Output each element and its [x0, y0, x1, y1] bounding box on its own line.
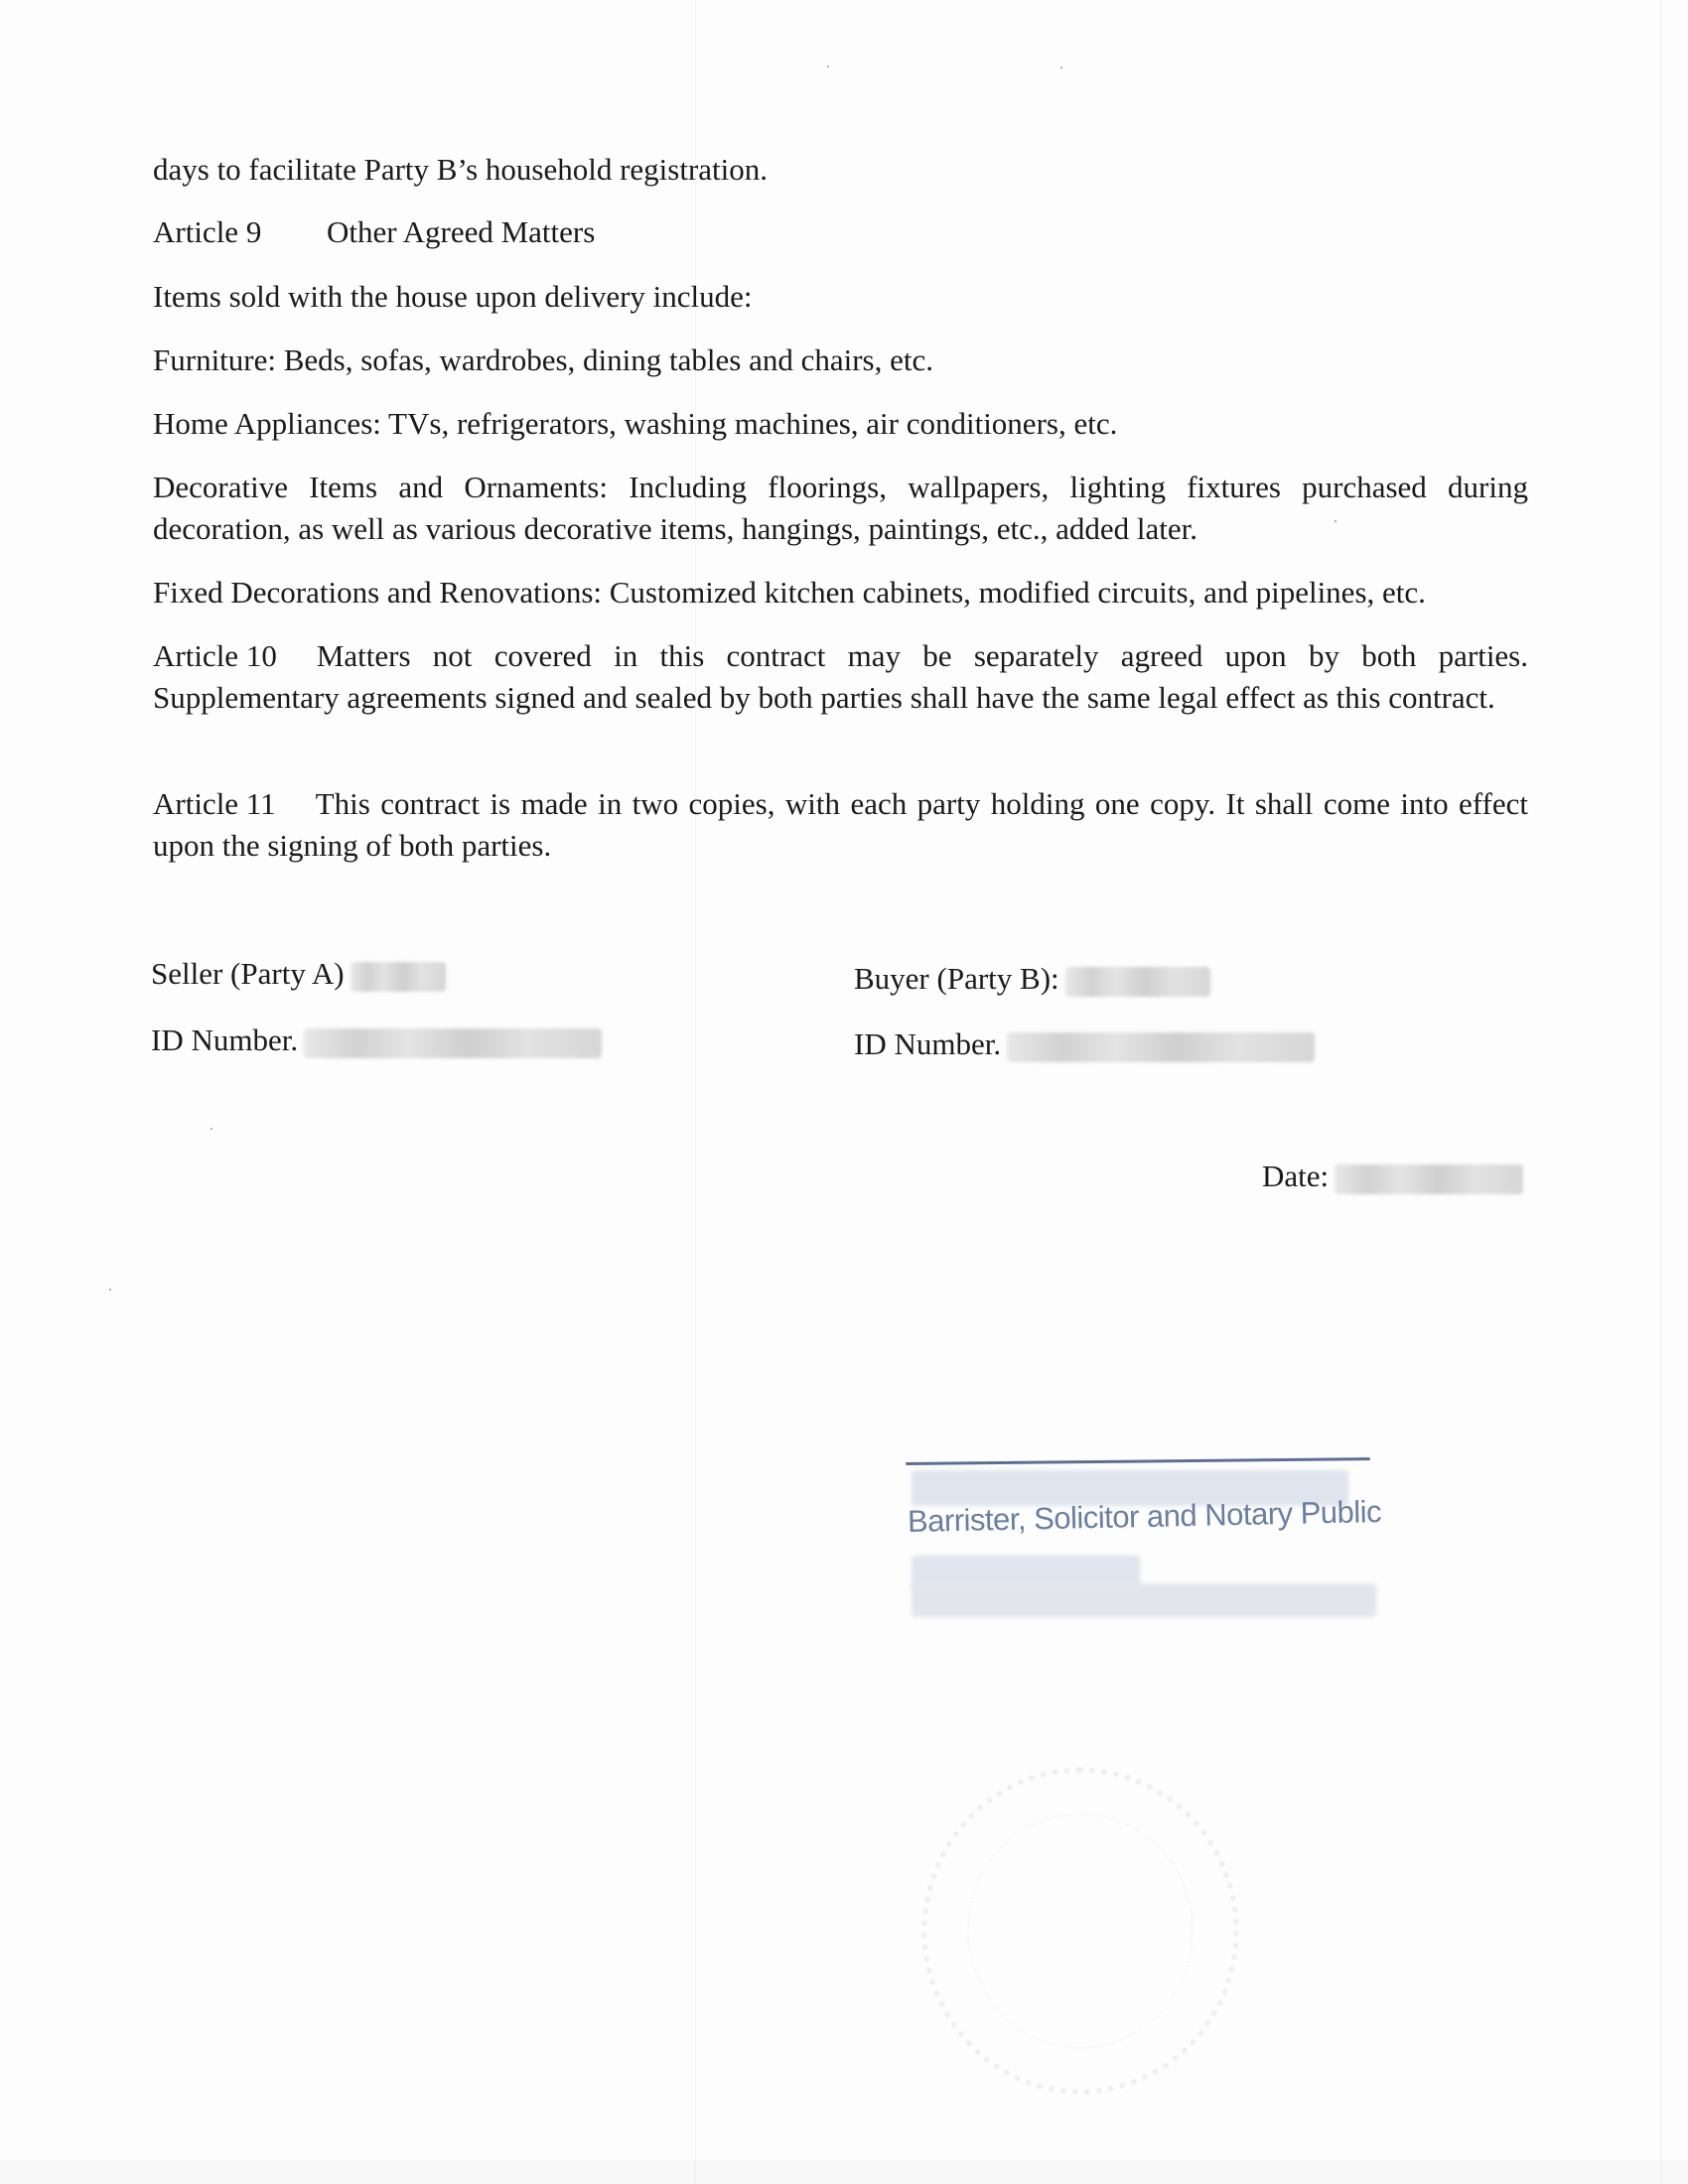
scan-speck [109, 1289, 111, 1291]
item-home-appliances: Home Appliances: TVs, refrigerators, was… [153, 403, 1528, 445]
scan-speck [211, 1128, 212, 1130]
article-10: Article 10Matters not covered in this co… [153, 635, 1528, 719]
redacted-date [1335, 1164, 1523, 1194]
item-fixed-decorations: Fixed Decorations and Renovations: Custo… [153, 572, 1528, 614]
date-label: Date: [1262, 1159, 1329, 1193]
redacted-buyer-name [1065, 967, 1210, 997]
redacted-seller-id [304, 1028, 602, 1058]
scan-speck [1060, 67, 1062, 68]
buyer-id-label: ID Number. [854, 1026, 1001, 1061]
seller-id-label: ID Number. [151, 1023, 298, 1057]
page-fold-line [695, 0, 696, 2184]
redacted-notary-address [912, 1583, 1376, 1617]
seller-line: Seller (Party A) [151, 953, 446, 995]
buyer-id-line: ID Number. [854, 1024, 1315, 1065]
seller-id-line: ID Number. [151, 1020, 602, 1061]
article-11-text: This contract is made in two copies, wit… [153, 786, 1528, 863]
scan-speck [827, 66, 829, 68]
item-decorative: Decorative Items and Ornaments: Includin… [153, 467, 1528, 550]
buyer-line: Buyer (Party B): [854, 958, 1210, 1000]
stamp-rule-line [906, 1457, 1370, 1465]
redacted-seller-name [351, 962, 446, 992]
date-line: Date: [1262, 1156, 1523, 1197]
notary-stamp: Barrister, Solicitor and Notary Public [906, 1444, 1382, 1643]
page-edge [1660, 0, 1662, 2184]
article-9-label: Article 9 [153, 211, 327, 253]
article-11: Article 11This contract is made in two c… [153, 783, 1528, 867]
seller-label: Seller (Party A) [151, 956, 345, 991]
embossed-seal-inner-ring [967, 1813, 1194, 2049]
item-furniture: Furniture: Beds, sofas, wardrobes, dinin… [153, 340, 1528, 381]
article-10-text: Matters not covered in this contract may… [153, 638, 1528, 715]
redacted-buyer-id [1007, 1032, 1315, 1062]
article-9-title: Other Agreed Matters [327, 214, 595, 249]
items-intro: Items sold with the house upon delivery … [153, 276, 1528, 318]
buyer-label: Buyer (Party B): [854, 961, 1059, 996]
article-11-label: Article 11 [153, 783, 276, 825]
article-10-label: Article 10 [153, 635, 277, 677]
article-9-heading: Article 9Other Agreed Matters [153, 211, 1528, 253]
embossed-seal [921, 1767, 1239, 2095]
scan-bottom-band [0, 2160, 1688, 2184]
continuation-line: days to facilitate Party B’s household r… [153, 149, 1528, 191]
